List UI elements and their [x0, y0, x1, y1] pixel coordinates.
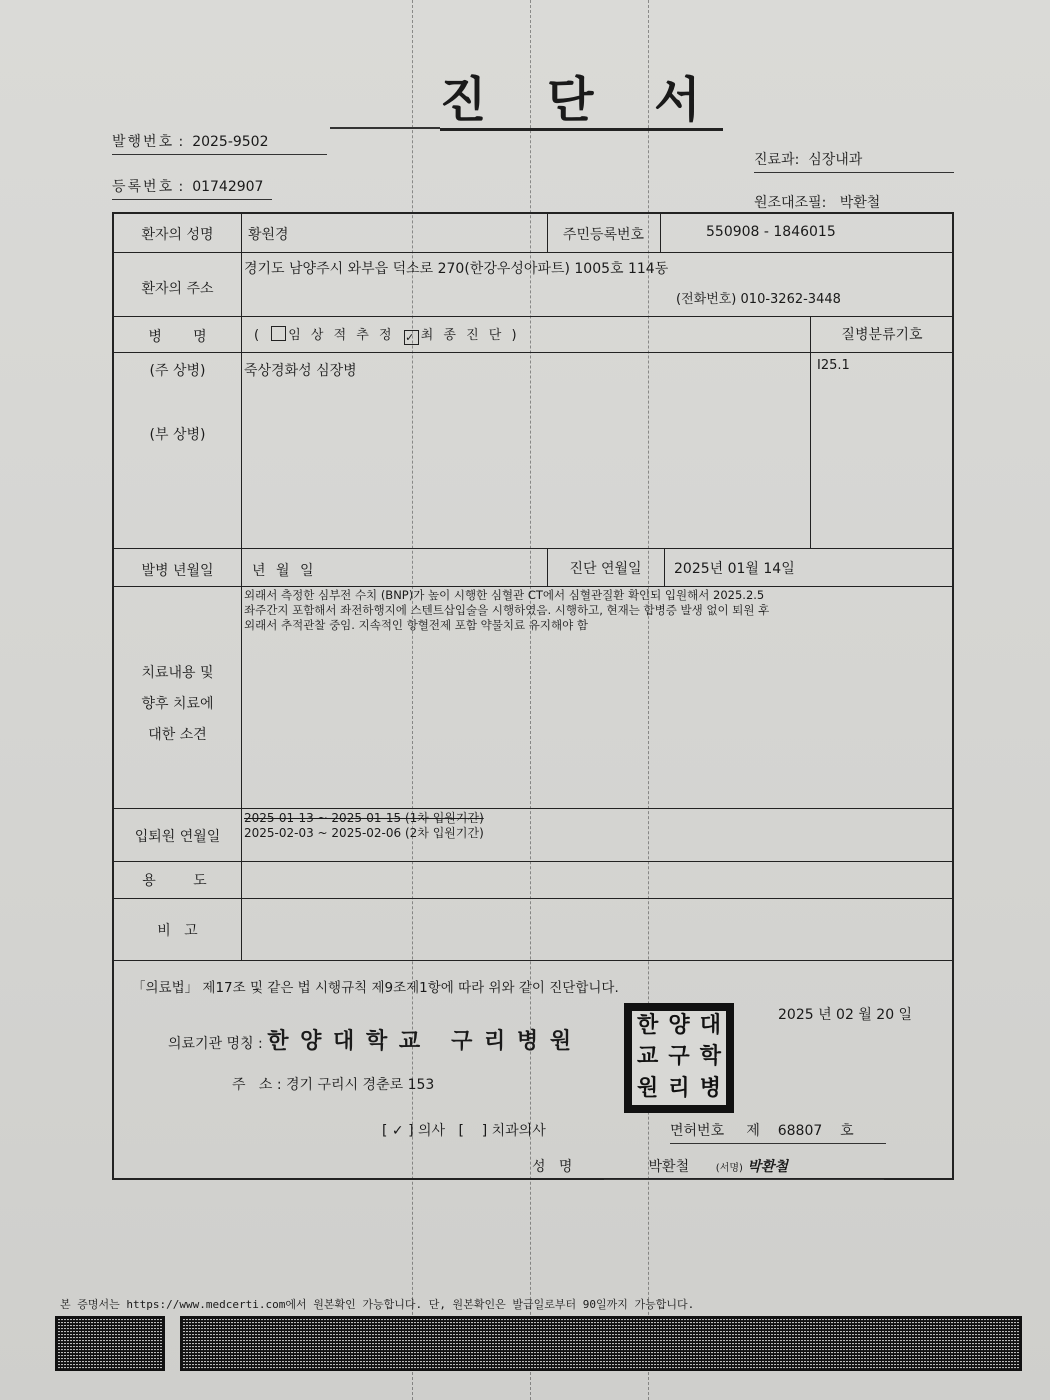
2d-barcode — [180, 1316, 1022, 1371]
remarks-label: 비 고 — [114, 920, 241, 940]
institution: 의료기관 명칭 : 한 양 대 학 교 구 리 병 원 — [168, 1024, 573, 1055]
sub-disease-label: (부 상병) — [114, 424, 241, 444]
onset-date-label: 발병 년월일 — [114, 560, 241, 580]
admission-period-1: 2025-01-13 ~ 2025-01-15 (1차 입원기간) — [244, 811, 484, 826]
clinical-estimate-checkbox[interactable] — [271, 326, 286, 341]
diagnosis-type: ( 임 상 적 추 정 ✓최 종 진 단 ) — [254, 324, 520, 345]
main-disease-label: (주 상병) — [114, 360, 241, 380]
hospital-seal: 한 양 대 교 구 학 원 리 병 — [624, 1003, 734, 1113]
rrn-label: 주민등록번호 — [547, 224, 660, 244]
issue-number: 발행번호 : 2025-9502 — [112, 131, 327, 155]
patient-phone: (전화번호) 010-3262-3448 — [676, 288, 841, 307]
patient-name-label: 환자의 성명 — [114, 224, 241, 244]
attending-doctor: 원조대조필: 박환철 — [754, 192, 880, 212]
registration-number: 등록번호 : 01742907 — [112, 176, 272, 200]
diagnosis-date-label: 진단 연월일 — [547, 558, 664, 578]
patient-name: 황원경 — [248, 224, 289, 244]
address-label: 환자의 주소 — [114, 278, 241, 298]
main-disease: 죽상경화성 심장병 — [244, 360, 357, 380]
disease-code-header: 질병분류기호 — [810, 324, 954, 344]
legal-statement: 「의료법」 제17조 및 같은 법 시행규칙 제9조제1항에 따라 위와 같이 … — [132, 976, 619, 996]
admission-label: 입퇴원 연월일 — [114, 826, 241, 846]
patient-rrn: 550908 - 1846015 — [706, 224, 836, 240]
main-disease-code: I25.1 — [817, 358, 850, 373]
admission-period-2: 2025-02-03 ~ 2025-02-06 (2차 입원기간) — [244, 826, 484, 841]
purpose-label: 용 도 — [114, 870, 241, 890]
signature: 박환철 — [747, 1159, 788, 1175]
document-title: 진 단 서 — [440, 72, 723, 131]
treatment-opinion: 외래서 측정한 심부전 수치 (BNP)가 높이 시행한 심혈관 CT에서 심혈… — [244, 588, 949, 633]
qr-code — [55, 1316, 165, 1371]
title-rule — [330, 127, 440, 129]
disease-label: 병 명 — [114, 326, 241, 346]
signer: 박환철 (서명) 박환철 — [604, 1156, 884, 1180]
scanned-paper: 진 단 서 발행번호 : 2025-9502 등록번호 : 01742907 진… — [0, 0, 1050, 1400]
signer-label: 성 명 — [532, 1156, 572, 1176]
department: 진료과: 심장내과 — [754, 149, 954, 173]
doctor-type: [ ✓ ] 의사 [ ] 치과의사 — [382, 1120, 546, 1140]
treatment-label: 치료내용 및 향후 치료에 대한 소견 — [114, 658, 241, 751]
certification-date: 2025 년 02 월 20 일 — [778, 1004, 912, 1024]
verification-note: 본 증명서는 https://www.medcerti.com에서 원본확인 가… — [60, 1296, 694, 1312]
admission-periods: 2025-01-13 ~ 2025-01-15 (1차 입원기간) 2025-0… — [244, 811, 484, 841]
patient-address: 경기도 남양주시 와부읍 덕소로 270(한강우성아파트) 1005호 114동 — [244, 258, 668, 278]
diagnosis-form: 환자의 성명 황원경 주민등록번호 550908 - 1846015 환자의 주… — [112, 212, 954, 1180]
onset-date: 년 월 일 — [252, 560, 316, 580]
physician-check-icon[interactable]: ✓ — [392, 1123, 404, 1139]
final-diagnosis-checkbox[interactable]: ✓ — [404, 330, 419, 345]
institution-address: 주 소 : 경기 구리시 경춘로 153 — [232, 1074, 434, 1094]
diagnosis-date: 2025년 01월 14일 — [674, 558, 795, 578]
institution-name: 한 양 대 학 교 구 리 병 원 — [267, 1029, 573, 1054]
license-number: 면허번호 제 68807 호 — [670, 1120, 886, 1144]
